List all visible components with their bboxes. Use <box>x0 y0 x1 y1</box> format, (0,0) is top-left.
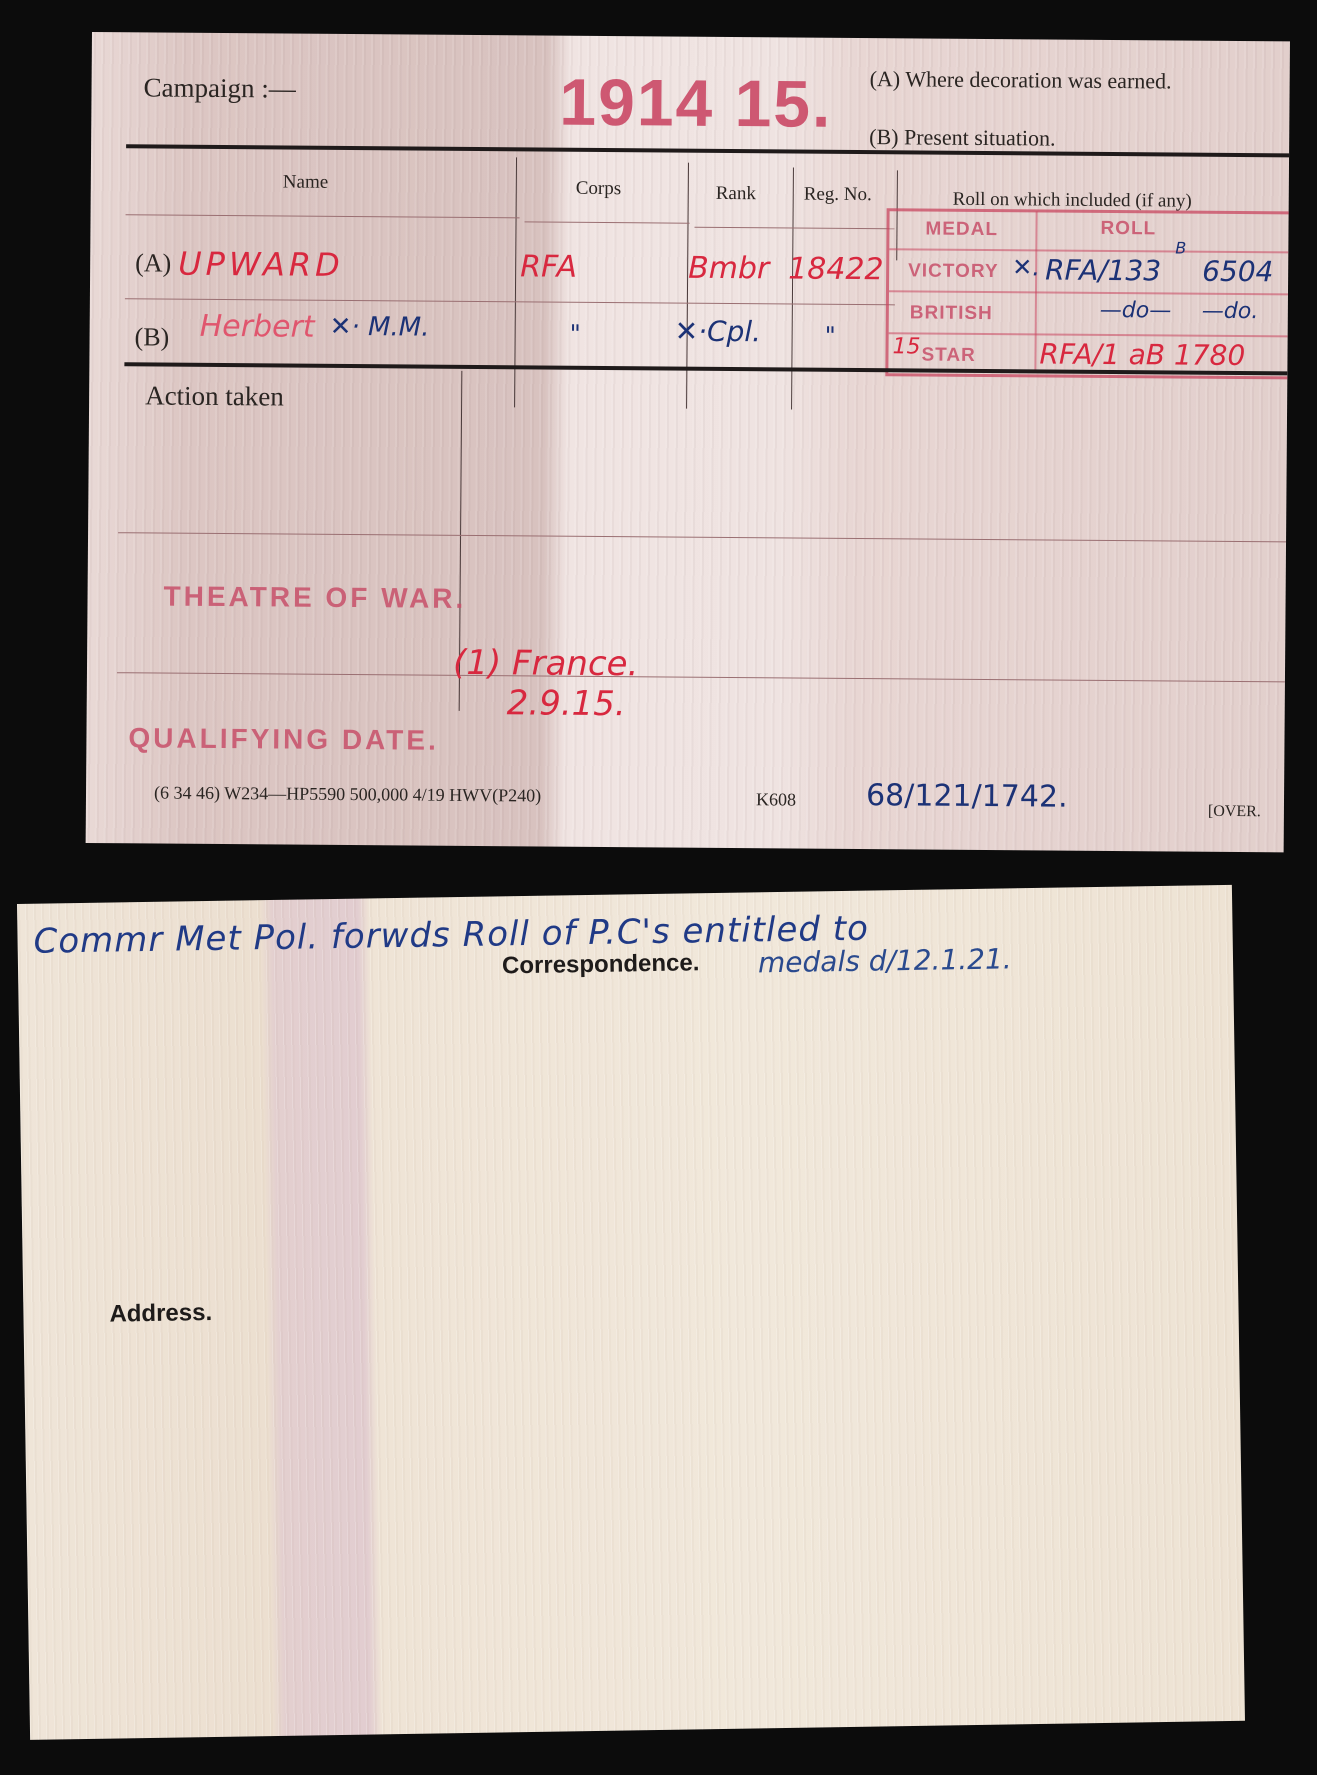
stamp-header-medal: MEDAL <box>925 219 998 242</box>
row-b-corps: " <box>570 320 581 348</box>
medal-victory: VICTORY <box>908 260 999 283</box>
correspondence-note-line2: medals d/12.1.21. <box>758 942 1012 979</box>
reference-number: 68/121/1742. <box>866 778 1068 815</box>
rule <box>125 298 895 305</box>
print-code: (6 34 46) W234—HP5590 500,000 4/19 HWV(P… <box>154 783 541 807</box>
victory-roll: RFA/133 <box>1045 253 1161 287</box>
star-roll: RFA/1 aB 1780 <box>1039 337 1245 372</box>
rule <box>118 532 1286 542</box>
row-a-prefix: (A) <box>135 248 171 278</box>
col-header-corps: Corps <box>576 178 622 200</box>
british-roll: —do— <box>1100 298 1172 324</box>
medal-star: STAR <box>921 345 975 367</box>
row-b-name: Herbert <box>200 309 315 345</box>
rule <box>117 672 1285 682</box>
star-prefix: 15 <box>892 334 920 359</box>
rule <box>126 214 520 218</box>
campaign-stamp: 1914 15. <box>559 64 833 142</box>
col-header-rank: Rank <box>716 183 756 205</box>
theatre-of-war-stamp: THEATRE OF WAR. <box>163 581 466 615</box>
col-header-name: Name <box>283 172 329 194</box>
row-a-corps: RFA <box>520 249 577 284</box>
form-code: K608 <box>756 789 796 810</box>
stamp-header-roll: ROLL <box>1100 218 1156 240</box>
over-marker: [OVER. <box>1208 803 1261 821</box>
header-rule <box>126 144 1289 157</box>
legend-b: (B) Present situation. <box>869 124 1056 151</box>
action-taken-label: Action taken <box>145 380 284 412</box>
qualifying-date-stamp: QUALIFYING DATE. <box>128 722 439 756</box>
row-b-annotation: ✕· M.M. <box>330 312 430 343</box>
legend-a: (A) Where decoration was earned. <box>870 66 1172 94</box>
rule <box>694 227 894 230</box>
medal-index-card-front: Campaign :— 1914 15. (A) Where decoratio… <box>86 32 1290 852</box>
victory-roll-superscript: B <box>1175 239 1186 258</box>
col-header-reg-no: Reg. No. <box>804 184 872 207</box>
row-a-reg-no: 18422 <box>788 251 884 287</box>
row-b-rank: ✕·Cpl. <box>675 315 762 349</box>
row-a-name: UPWARD <box>178 245 344 284</box>
correspondence-note-line1: Commr Met Pol. forwds Roll of P.C's enti… <box>33 909 869 962</box>
address-label: Address. <box>109 1299 212 1329</box>
victory-mark: ✕. <box>1012 253 1040 281</box>
medal-british: BRITISH <box>910 302 993 325</box>
correspondence-label: Correspondence. <box>502 949 700 980</box>
rule <box>525 221 690 223</box>
row-b-reg-no: " <box>825 322 836 350</box>
british-page: —do. <box>1202 299 1259 324</box>
row-a-rank: Bmbr <box>688 251 769 287</box>
campaign-label: Campaign :— <box>143 72 295 104</box>
col-divider <box>791 168 794 410</box>
theatre-entry: (1) France. <box>453 643 639 684</box>
col-divider <box>514 157 517 407</box>
medal-index-card-back: Commr Met Pol. forwds Roll of P.C's enti… <box>17 885 1245 1740</box>
row-b-prefix: (B) <box>134 322 169 352</box>
qualifying-date-entry: 2.9.15. <box>507 683 626 724</box>
victory-page: 6504 <box>1202 255 1274 289</box>
